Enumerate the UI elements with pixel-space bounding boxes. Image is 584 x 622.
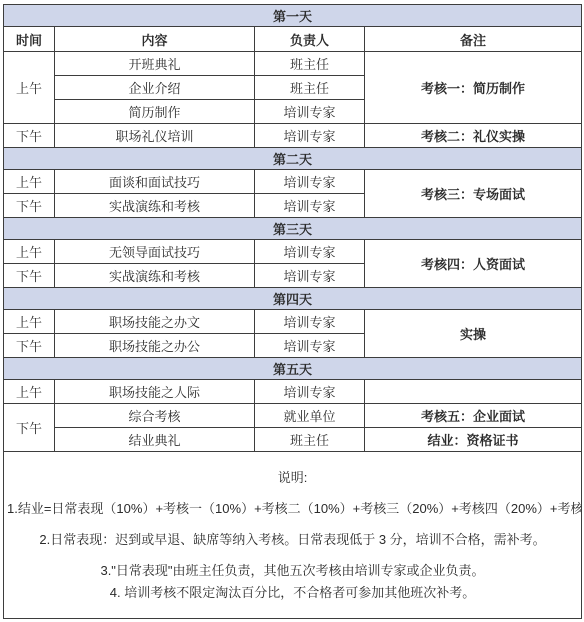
table-row: 上午 职场技能之办文 培训专家 实操 [4,310,582,334]
cell-content: 简历制作 [55,100,255,124]
cell-time: 上午 [4,240,55,264]
cell-content: 职场技能之办文 [55,310,255,334]
cell-lead: 培训专家 [255,334,365,358]
column-header-lead: 负责人 [255,27,365,52]
cell-note: 考核五：企业面试 [365,404,582,428]
day-title: 第二天 [4,148,582,170]
notes-item-2: 2.日常表现：迟到或早退、缺席等纳入考核。日常表现低于 3 分，培训不合格，需补… [7,531,578,549]
day-band-row: 第二天 [4,148,582,170]
cell-lead: 培训专家 [255,194,365,218]
cell-note: 考核四：人资面试 [365,240,582,288]
cell-content: 实战演练和考核 [55,264,255,288]
table-row: 下午 职场礼仪培训 培训专家 考核二：礼仪实操 [4,124,582,148]
cell-content: 面谈和面试技巧 [55,170,255,194]
notes-cell: 说明: 1.结业=日常表现（10%）+考核一（10%）+考核二（10%）+考核三… [4,452,582,619]
cell-time: 下午 [4,194,55,218]
cell-time: 上午 [4,310,55,334]
cell-note: 考核三：专场面试 [365,170,582,218]
day-band-row: 第一天 [4,5,582,27]
cell-time: 下午 [4,264,55,288]
cell-lead: 就业单位 [255,404,365,428]
cell-lead: 培训专家 [255,124,365,148]
cell-time: 下午 [4,334,55,358]
notes-item-3: 3."日常表现"由班主任负责，其他五次考核由培训专家或企业负责。 [7,562,578,580]
cell-note: 考核一：简历制作 [365,52,582,124]
cell-content: 实战演练和考核 [55,194,255,218]
cell-time: 下午 [4,404,55,452]
cell-lead: 班主任 [255,76,365,100]
table-row: 上午 开班典礼 班主任 考核一：简历制作 [4,52,582,76]
notes-row: 说明: 1.结业=日常表现（10%）+考核一（10%）+考核二（10%）+考核三… [4,452,582,619]
cell-lead: 培训专家 [255,170,365,194]
cell-lead: 班主任 [255,428,365,452]
document-page: 第一天 时间 内容 负责人 备注 上午 开班典礼 班主任 考核一：简历制作 企业… [0,0,584,622]
cell-content: 综合考核 [55,404,255,428]
day-band-row: 第四天 [4,288,582,310]
column-header-time: 时间 [4,27,55,52]
day-title: 第三天 [4,218,582,240]
day-title: 第一天 [4,5,582,27]
cell-lead: 培训专家 [255,380,365,404]
day-title: 第五天 [4,358,582,380]
cell-lead: 培训专家 [255,310,365,334]
cell-note [365,380,582,404]
day-band-row: 第三天 [4,218,582,240]
table-row: 上午 无领导面试技巧 培训专家 考核四：人资面试 [4,240,582,264]
day-title: 第四天 [4,288,582,310]
cell-note: 实操 [365,310,582,358]
cell-content: 企业介绍 [55,76,255,100]
cell-content: 开班典礼 [55,52,255,76]
cell-time: 下午 [4,124,55,148]
training-schedule-table: 第一天 时间 内容 负责人 备注 上午 开班典礼 班主任 考核一：简历制作 企业… [3,4,582,619]
table-row: 结业典礼 班主任 结业：资格证书 [4,428,582,452]
cell-note: 考核二：礼仪实操 [365,124,582,148]
column-header-note: 备注 [365,27,582,52]
cell-content: 职场技能之办公 [55,334,255,358]
cell-lead: 班主任 [255,52,365,76]
cell-time: 上午 [4,380,55,404]
table-row: 下午 综合考核 就业单位 考核五：企业面试 [4,404,582,428]
cell-time: 上午 [4,52,55,124]
cell-note: 结业：资格证书 [365,428,582,452]
notes-item-4: 4. 培训考核不限定淘汰百分比，不合格者可参加其他班次补考。 [7,584,578,602]
column-header-row: 时间 内容 负责人 备注 [4,27,582,52]
table-row: 上午 职场技能之人际 培训专家 [4,380,582,404]
column-header-content: 内容 [55,27,255,52]
cell-content: 结业典礼 [55,428,255,452]
notes-label: 说明: [7,469,578,487]
day-band-row: 第五天 [4,358,582,380]
cell-lead: 培训专家 [255,100,365,124]
table-row: 上午 面谈和面试技巧 培训专家 考核三：专场面试 [4,170,582,194]
cell-content: 无领导面试技巧 [55,240,255,264]
cell-lead: 培训专家 [255,240,365,264]
cell-content: 职场礼仪培训 [55,124,255,148]
cell-content: 职场技能之人际 [55,380,255,404]
cell-time: 上午 [4,170,55,194]
notes-item-1: 1.结业=日常表现（10%）+考核一（10%）+考核二（10%）+考核三（20%… [7,500,578,518]
cell-lead: 培训专家 [255,264,365,288]
